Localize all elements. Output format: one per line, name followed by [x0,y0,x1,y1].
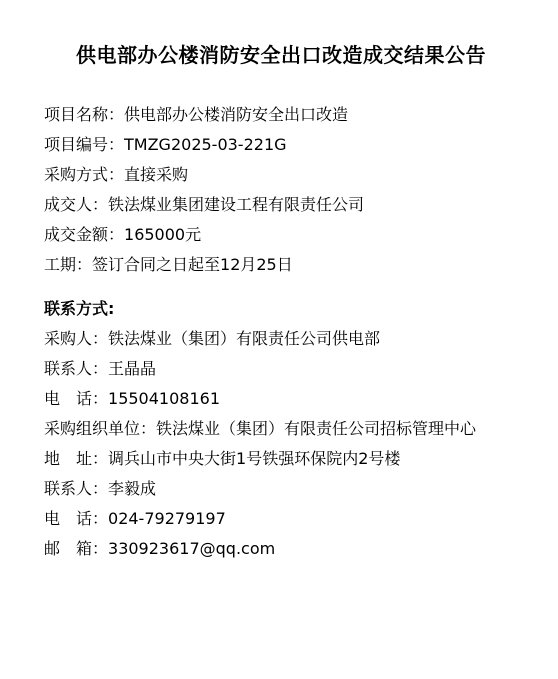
field-project-number: 项目编号：TMZG2025-03-221G [44,137,518,153]
organizer-email-value: 330923617@qq.com [108,539,275,558]
project-number-value: TMZG2025-03-221G [124,135,287,154]
field-buyer-contact-person: 联系人：王晶晶 [44,361,518,377]
winner-value: 铁法煤业集团建设工程有限责任公司 [108,195,364,214]
procurement-method-value: 直接采购 [124,165,188,184]
project-number-label: 项目编号： [44,135,124,154]
field-organizer-phone: 电 话：024-79279197 [44,511,518,527]
buyer-phone-label: 电 话： [44,389,108,408]
purchaser-contact-section: 联系方式: 采购人：铁法煤业（集团）有限责任公司供电部 联系人：王晶晶 电 话：… [44,301,518,407]
field-organizer-address: 地 址：调兵山市中央大街1号铁强环保院内2号楼 [44,451,518,467]
field-buyer-phone: 电 话：15504108161 [44,391,518,407]
field-duration: 工期：签订合同之日起至12月25日 [44,257,518,273]
organizer-contact-value: 李毅成 [108,479,156,498]
field-project-name: 项目名称：供电部办公楼消防安全出口改造 [44,107,518,123]
project-name-value: 供电部办公楼消防安全出口改造 [124,105,348,124]
award-amount-label: 成交金额： [44,225,124,244]
organizer-contact-label: 联系人： [44,479,108,498]
organizer-contact-section: 采购组织单位：铁法煤业（集团）有限责任公司招标管理中心 地 址：调兵山市中央大街… [44,421,518,557]
project-info-section: 项目名称：供电部办公楼消防安全出口改造 项目编号：TMZG2025-03-221… [44,107,518,183]
award-amount-value: 165000元 [124,225,201,244]
buyer-contact-value: 王晶晶 [108,359,156,378]
buyer-contact-label: 联系人： [44,359,108,378]
organizer-value: 铁法煤业（集团）有限责任公司招标管理中心 [156,419,476,438]
buyer-phone-value: 15504108161 [108,389,220,408]
procurement-method-label: 采购方式： [44,165,124,184]
organizer-phone-label: 电 话： [44,509,108,528]
award-info-section: 成交人：铁法煤业集团建设工程有限责任公司 成交金额：165000元 工期：签订合… [44,197,518,273]
buyer-value: 铁法煤业（集团）有限责任公司供电部 [108,329,380,348]
field-procurement-method: 采购方式：直接采购 [44,167,518,183]
buyer-label: 采购人： [44,329,108,348]
announcement-document: 供电部办公楼消防安全出口改造成交结果公告 项目名称：供电部办公楼消防安全出口改造… [0,0,558,679]
duration-value: 签订合同之日起至12月25日 [92,255,293,274]
field-winner: 成交人：铁法煤业集团建设工程有限责任公司 [44,197,518,213]
winner-label: 成交人： [44,195,108,214]
field-organizer-email: 邮 箱：330923617@qq.com [44,541,518,557]
organizer-phone-value: 024-79279197 [108,509,226,528]
project-name-label: 项目名称： [44,105,124,124]
page-title: 供电部办公楼消防安全出口改造成交结果公告 [44,45,518,65]
duration-label: 工期： [44,255,92,274]
organizer-label: 采购组织单位： [44,419,156,438]
field-award-amount: 成交金额：165000元 [44,227,518,243]
field-organizer-contact-person: 联系人：李毅成 [44,481,518,497]
field-organizer: 采购组织单位：铁法煤业（集团）有限责任公司招标管理中心 [44,421,518,437]
contact-heading: 联系方式: [44,301,518,317]
organizer-address-value: 调兵山市中央大街1号铁强环保院内2号楼 [108,449,400,468]
organizer-email-label: 邮 箱： [44,539,108,558]
field-buyer: 采购人：铁法煤业（集团）有限责任公司供电部 [44,331,518,347]
organizer-address-label: 地 址： [44,449,108,468]
